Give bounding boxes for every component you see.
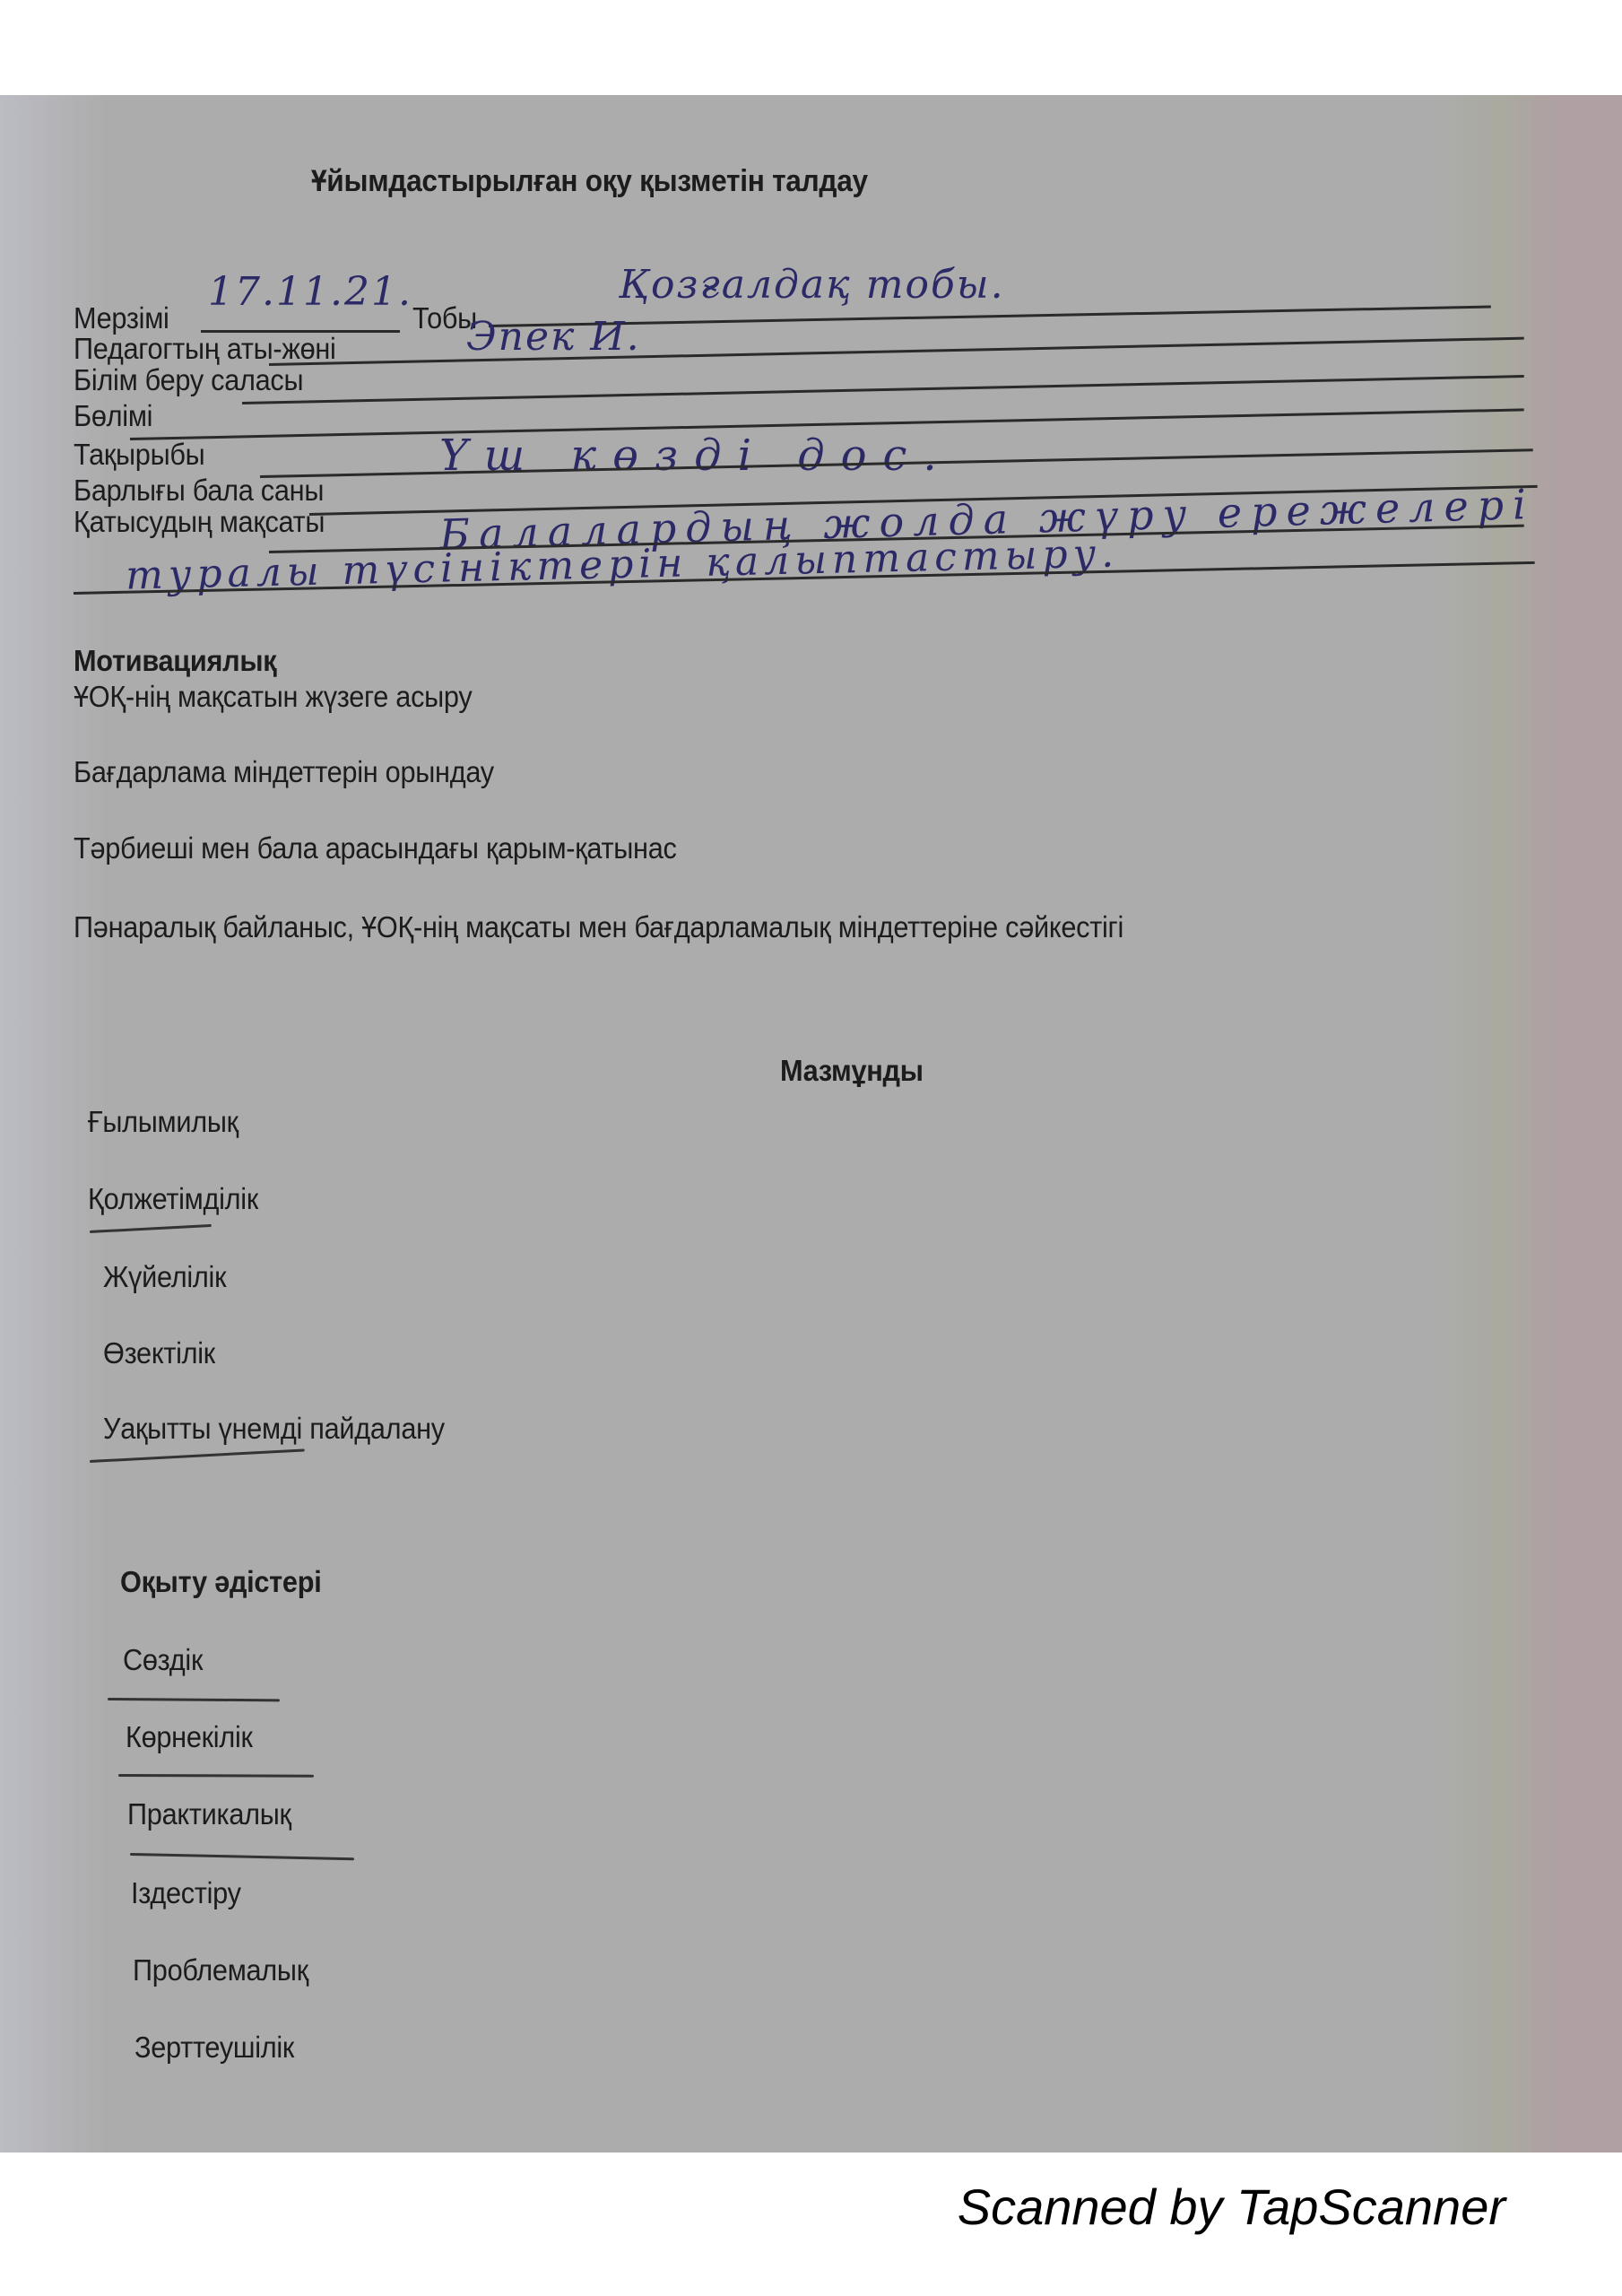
methods-item: Практикалық bbox=[127, 1797, 291, 1831]
content-item: Ғылымилық bbox=[88, 1105, 239, 1139]
motivation-item: ҰОҚ-нің мақсатын жүзеге асыру bbox=[74, 680, 472, 714]
topic-value: Үш көзді дос. bbox=[439, 430, 953, 481]
topic-label: Тақырыбы bbox=[74, 438, 204, 472]
document-title: Ұйымдастырылған оқу қызметін талдау bbox=[311, 164, 868, 199]
date-value: 17.11.21. bbox=[208, 269, 412, 315]
motivation-item: Тәрбиеші мен бала арасындағы қарым-қатын… bbox=[74, 831, 677, 865]
goal-label: Қатысудың мақсаты bbox=[74, 505, 325, 539]
children-count-label: Барлығы бала саны bbox=[74, 474, 324, 508]
teacher-label: Педагогтың аты-жөні bbox=[74, 332, 336, 366]
group-value: Қозғалдақ тобы. bbox=[619, 262, 1005, 308]
methods-heading: Оқыту әдістері bbox=[120, 1565, 321, 1599]
motivation-item: Бағдарлама міндеттерін орындау bbox=[74, 755, 494, 789]
content-item: Жүйелілік bbox=[103, 1260, 226, 1294]
content-item: Уақытты үнемді пайдалану bbox=[103, 1412, 445, 1446]
area-label: Білім беру саласы bbox=[74, 363, 303, 397]
content-heading: Мазмұнды bbox=[780, 1054, 924, 1088]
content-item: Қолжетімділік bbox=[88, 1182, 258, 1216]
date-label: Мерзімі bbox=[74, 301, 169, 335]
methods-item: Проблемалық bbox=[133, 1953, 308, 1987]
section-label: Бөлімі bbox=[74, 399, 152, 433]
methods-item: Көрнекілік bbox=[126, 1720, 253, 1754]
teacher-value: Эпек И. bbox=[466, 314, 641, 360]
content-item: Өзектілік bbox=[103, 1336, 215, 1370]
methods-item: Зерттеушілік bbox=[134, 2031, 294, 2065]
methods-item: Іздестіру bbox=[131, 1876, 241, 1910]
methods-item: Сөздік bbox=[123, 1643, 203, 1677]
scanner-watermark: Scanned by TapScanner bbox=[958, 2178, 1505, 2236]
motivation-heading: Мотивациялық bbox=[74, 644, 276, 678]
motivation-item: Пәнаралық байланыс, ҰОҚ-нің мақсаты мен … bbox=[74, 910, 1123, 944]
